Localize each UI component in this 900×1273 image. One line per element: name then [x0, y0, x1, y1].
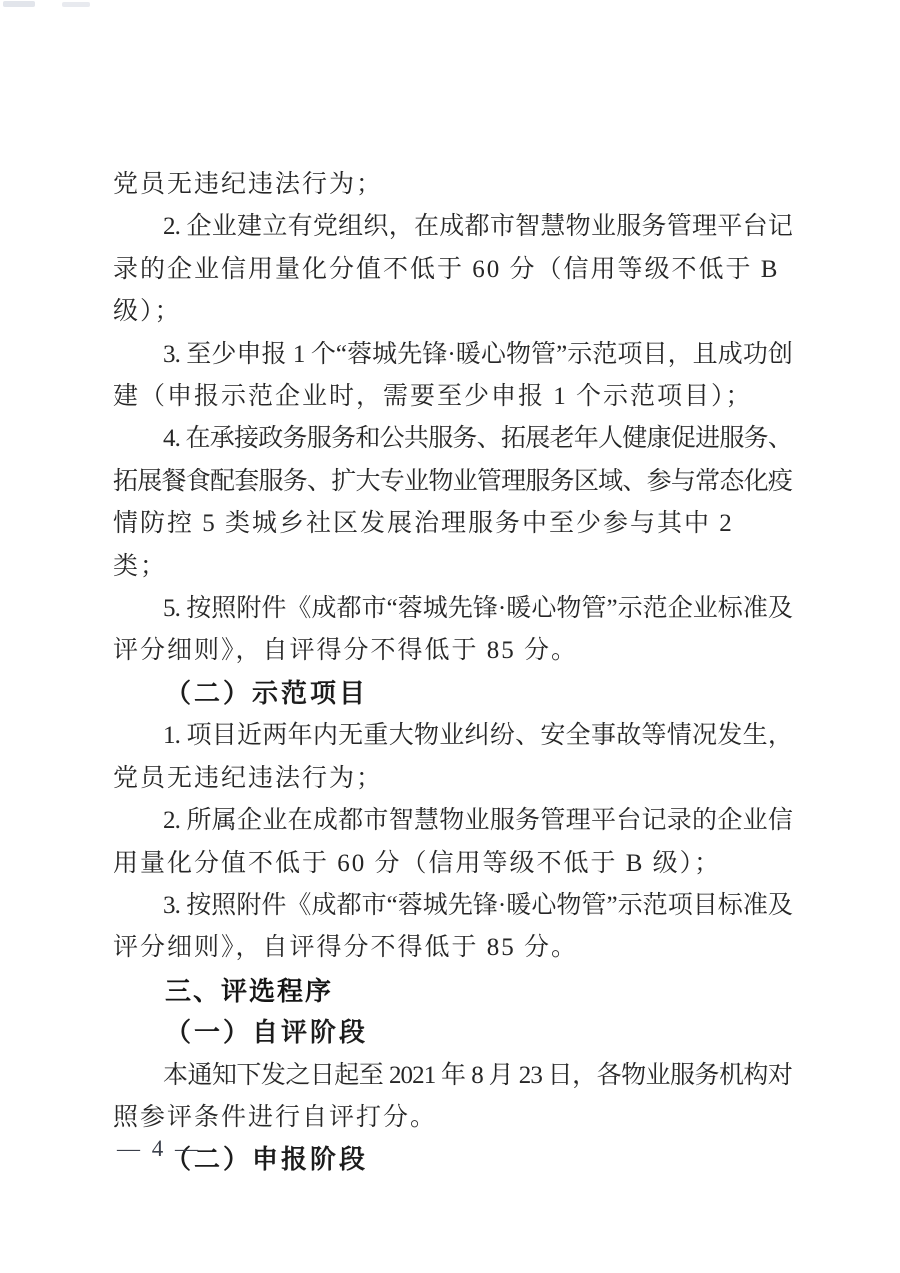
text-line: 党员无违纪违法行为；	[113, 164, 792, 206]
scan-artifact	[3, 1, 35, 7]
text-line: 3. 至少申报 1 个“蓉城先锋·暖心物管”示范项目，且成功创	[113, 334, 792, 376]
text-line: 2. 企业建立有党组织，在成都市智慧物业服务管理平台记	[113, 206, 792, 248]
text-line: 录的企业信用量化分值不低于 60 分（信用等级不低于 B 级）；	[113, 249, 792, 334]
text-line: 2. 所属企业在成都市智慧物业服务管理平台记录的企业信	[113, 800, 792, 842]
text-line: 5. 按照附件《成都市“蓉城先锋·暖心物管”示范企业标准及	[113, 588, 792, 630]
text-line: 1. 项目近两年内无重大物业纠纷、安全事故等情况发生，	[113, 715, 792, 757]
text-line: 情防控 5 类城乡社区发展治理服务中至少参与其中 2 类；	[113, 503, 792, 588]
text-line: 建（申报示范企业时，需要至少申报 1 个示范项目）；	[113, 376, 792, 418]
text-line: 本通知下发之日起至 2021 年 8 月 23 日，各物业服务机构对	[113, 1055, 792, 1097]
text-line: 用量化分值不低于 60 分（信用等级不低于 B 级）；	[113, 843, 792, 885]
text-line: 照参评条件进行自评打分。	[113, 1097, 792, 1139]
text-line: 4. 在承接政务服务和公共服务、拓展老年人健康促进服务、	[113, 418, 792, 460]
subsection-heading: （一）自评阶段	[113, 1012, 792, 1054]
scan-artifact	[62, 2, 90, 7]
text-line: 评分细则》，自评得分不得低于 85 分。	[113, 927, 792, 969]
text-line: 拓展餐食配套服务、扩大专业物业管理服务区域、参与常态化疫	[113, 461, 792, 503]
text-line: 3. 按照附件《成都市“蓉城先锋·暖心物管”示范项目标准及	[113, 885, 792, 927]
document-body: 党员无违纪违法行为； 2. 企业建立有党组织，在成都市智慧物业服务管理平台记 录…	[113, 164, 792, 1182]
page-number: — 4 —	[117, 1136, 201, 1162]
text-line: 党员无违纪违法行为；	[113, 758, 792, 800]
document-page: 党员无违纪违法行为； 2. 企业建立有党组织，在成都市智慧物业服务管理平台记 录…	[0, 0, 900, 1273]
subsection-heading: （二）示范项目	[113, 673, 792, 715]
section-heading: 三、评选程序	[113, 970, 792, 1012]
text-line: 评分细则》，自评得分不得低于 85 分。	[113, 630, 792, 672]
subsection-heading: （二）申报阶段	[113, 1139, 792, 1181]
